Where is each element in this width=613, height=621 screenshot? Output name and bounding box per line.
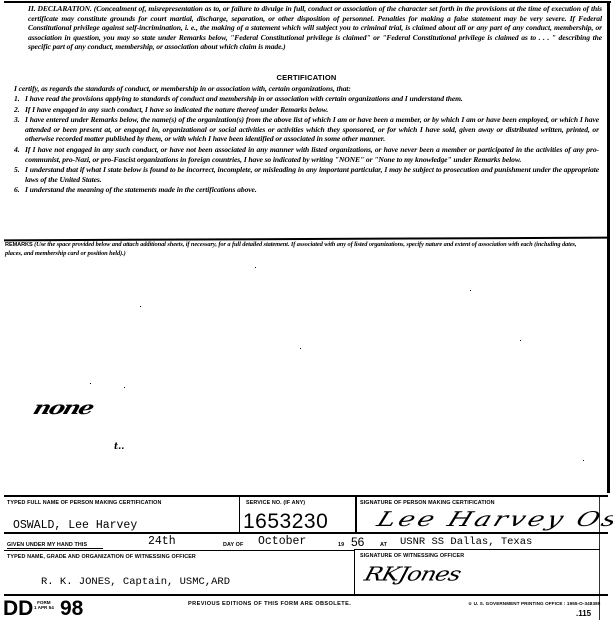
witness-box-left	[354, 549, 355, 596]
declaration-heading: II. DECLARATION.	[28, 4, 92, 13]
scan-speck	[255, 267, 256, 268]
full-name-value: OSWALD, Lee Harvey	[13, 519, 137, 532]
form-date: FORM 1 APR 54	[34, 600, 54, 610]
year-prefix: 19	[338, 542, 344, 548]
declaration-section: II. DECLARATION. (Concealment of, misrep…	[8, 4, 602, 52]
certification-list: 1.I have read the provisions applying to…	[14, 94, 599, 196]
scan-speck	[124, 387, 125, 388]
signature-block-top	[4, 495, 608, 497]
remarks-label: REMARKS (Use the space provided below an…	[5, 241, 595, 257]
witness-box-top	[354, 549, 600, 550]
scan-speck	[583, 460, 584, 461]
date-row-bottom	[4, 550, 354, 551]
remarks-instructions: (Use the space provided below and attach…	[5, 241, 576, 257]
signature-box-left	[356, 495, 357, 532]
officer-signature-label: SIGNATURE OF WITNESSING OFFICER	[360, 553, 464, 559]
place-value: USNR SS Dallas, Texas	[400, 536, 532, 548]
officer-signature: RKJones	[362, 563, 463, 585]
officer-name-value: R. K. JONES, Captain, USMC,ARD	[41, 576, 230, 588]
scan-speck	[520, 340, 521, 341]
form-prefix: DD	[3, 599, 33, 619]
declaration-text: (Concealment of, misrepresentation as to…	[28, 4, 602, 51]
service-number-label: SERVICE NO. (If any)	[246, 500, 305, 506]
printing-office-note: ☆ U. S. GOVERNMENT PRINTING OFFICE : 195…	[468, 601, 600, 607]
certification-item: 5.I understand that if what I state belo…	[14, 165, 599, 184]
scan-speck	[300, 348, 301, 349]
page-number: .115	[576, 609, 591, 618]
certification-item: 1.I have read the provisions applying to…	[14, 94, 599, 104]
remarks-margin-mark: t..	[114, 442, 124, 452]
at-label: AT	[380, 542, 387, 548]
service-number-value: 1653230	[243, 510, 328, 534]
person-signature: Lee Harvey Oswald	[374, 508, 613, 531]
certification-title: CERTIFICATION	[0, 73, 613, 82]
remarks-heading: REMARKS	[5, 242, 33, 248]
form-bottom-border	[4, 594, 608, 596]
scan-speck	[470, 290, 471, 291]
day-value: 24th	[148, 535, 176, 548]
certification-item: 2.If I have engaged in any such conduct,…	[14, 105, 599, 115]
certification-intro: I certify, as regards the standards of c…	[14, 84, 594, 94]
full-name-label: TYPED FULL NAME OF PERSON MAKING CERTIFI…	[7, 500, 161, 506]
given-underline	[7, 548, 103, 549]
remarks-handwritten-value: none	[30, 397, 95, 419]
month-value: October	[258, 535, 306, 548]
scan-speck	[90, 383, 91, 384]
service-box-left	[239, 495, 240, 532]
form-number: 98	[60, 599, 83, 619]
obsolete-note: PREVIOUS EDITIONS OF THIS FORM ARE OBSOL…	[188, 601, 351, 607]
year-value: 56	[351, 535, 364, 549]
top-border	[4, 1, 611, 3]
day-of-label: DAY OF	[223, 542, 243, 548]
certification-item: 3.I have entered under Remarks below, th…	[14, 115, 599, 144]
signature-label: SIGNATURE OF PERSON MAKING CERTIFICATION	[360, 500, 495, 506]
certification-item: 4.If I have not engaged in any such cond…	[14, 145, 599, 164]
scan-speck	[140, 306, 141, 307]
certification-item: 6.I understand the meaning of the statem…	[14, 185, 599, 195]
officer-name-label: TYPED NAME, GRADE AND ORGANIZATION OF WI…	[7, 554, 196, 560]
dd-form-98-page: II. DECLARATION. (Concealment of, misrep…	[0, 0, 613, 621]
